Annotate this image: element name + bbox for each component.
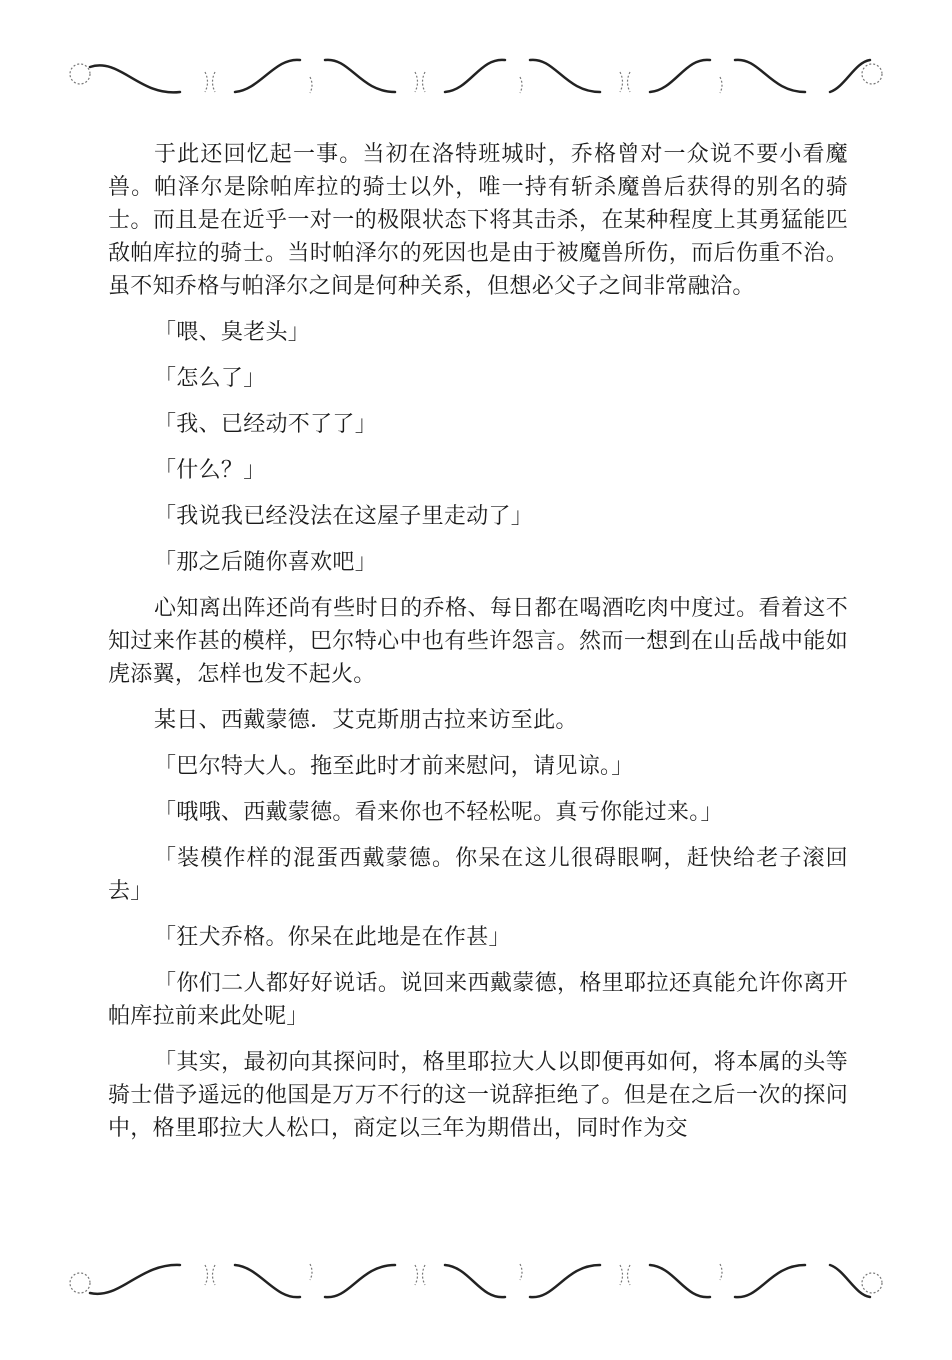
book-page-body: 于此还回忆起一事。当初在洛特班城时，乔格曾对一众说不要小看魔兽。帕泽尔是除帕库拉… bbox=[108, 138, 848, 1158]
paragraph-dialogue: 「哦哦、西戴蒙德。看来你也不轻松呢。真亏你能过来。」 bbox=[108, 796, 848, 829]
paragraph-dialogue: 「什么？」 bbox=[108, 454, 848, 487]
paragraph-dialogue: 「狂犬乔格。你呆在此地是在作甚」 bbox=[108, 921, 848, 954]
paragraph-narration: 某日、西戴蒙德．艾克斯朋古拉来访至此。 bbox=[108, 704, 848, 737]
paragraph-dialogue: 「那之后随你喜欢吧」 bbox=[108, 546, 848, 579]
paragraph-dialogue: 「你们二人都好好说话。说回来西戴蒙德，格里耶拉还真能允许你离开帕库拉前来此处呢」 bbox=[108, 967, 848, 1033]
paragraph-dialogue: 「怎么了」 bbox=[108, 362, 848, 395]
paragraph-dialogue: 「喂、臭老头」 bbox=[108, 316, 848, 349]
top-ornament-border-icon bbox=[60, 52, 890, 102]
paragraph-narration: 心知离出阵还尚有些时日的乔格、每日都在喝酒吃肉中度过。看着这不知过来作甚的模样，… bbox=[108, 592, 848, 691]
paragraph-dialogue: 「我说我已经没法在这屋子里走动了」 bbox=[108, 500, 848, 533]
paragraph-dialogue: 「巴尔特大人。拖至此时才前来慰问，请见谅。」 bbox=[108, 750, 848, 783]
paragraph-dialogue: 「装模作样的混蛋西戴蒙德。你呆在这儿很碍眼啊，赶快给老子滚回去」 bbox=[108, 842, 848, 908]
paragraph-dialogue: 「其实，最初向其探问时，格里耶拉大人以即便再如何，将本属的头等骑士借予遥远的他国… bbox=[108, 1046, 848, 1145]
paragraph-dialogue: 「我、已经动不了了」 bbox=[108, 408, 848, 441]
bottom-ornament-border-icon bbox=[60, 1255, 890, 1305]
paragraph-narration: 于此还回忆起一事。当初在洛特班城时，乔格曾对一众说不要小看魔兽。帕泽尔是除帕库拉… bbox=[108, 138, 848, 303]
